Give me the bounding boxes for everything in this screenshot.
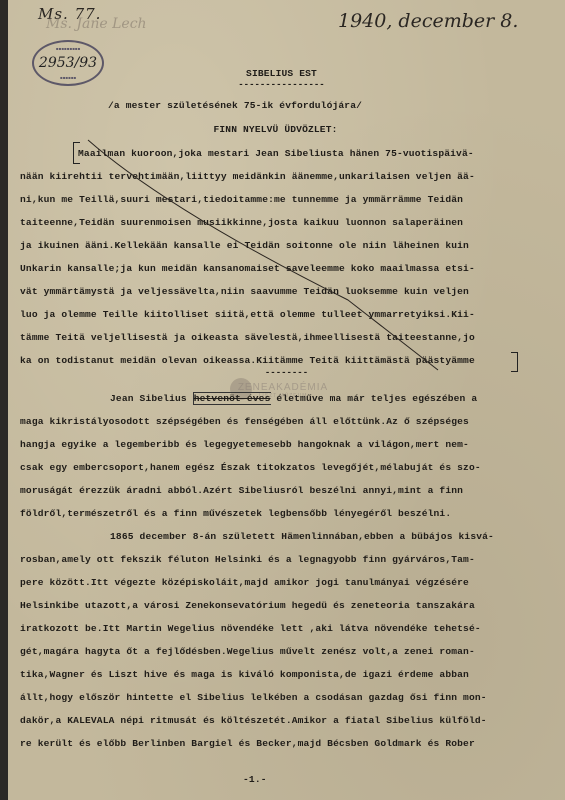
hungarian-line: Helsinkibe utazott,a városi Zenekonsevat… — [20, 600, 475, 611]
hungarian-line: Jean Sibelius hetvenöt éves életműve ma … — [110, 393, 477, 404]
hungarian-line: tika,Wagner és Liszt hive és maga is kiv… — [20, 669, 469, 680]
hungarian-line: földről,természetről és a finn művészete… — [20, 508, 451, 519]
hungarian-line: rosban,amely ott fekszik féluton Helsink… — [20, 554, 475, 565]
document-page: Ms. 77. Ms. Jane Lech 1940, december 8. … — [8, 0, 565, 800]
struck-text: hetvenöt éves — [193, 392, 271, 405]
hungarian-line: pere között.Itt végezte középiskoláit,ma… — [20, 577, 469, 588]
hungarian-line: iratkozott be.Itt Martin Wegelius növend… — [20, 623, 481, 634]
hungarian-line: gét,magára hagyta őt a fejlődésben.Wegel… — [20, 646, 475, 657]
hungarian-line: maga kikristályosodott szépségében és fe… — [20, 416, 469, 427]
section-divider: -------- — [8, 368, 565, 378]
hungarian-line: re került és előbb Berlinben Bargiel és … — [20, 738, 475, 749]
text-segment: Jean Sibelius — [110, 393, 193, 404]
hungarian-line: hangja egyike a legemberibb és legegyete… — [20, 439, 469, 450]
text-segment: életműve ma már teljes egészében a — [276, 393, 477, 404]
hungarian-line: 1865 december 8-án született Hämenlinnáb… — [110, 531, 494, 542]
hungarian-line: állt,hogy először hintette el Sibelius l… — [20, 692, 487, 703]
hungarian-line: dakör,a KALEVALA népi ritmusát és költés… — [20, 715, 487, 726]
hungarian-line: csak egy embercsoport,hanem egész Észak … — [20, 462, 481, 473]
page-number: -1.- — [243, 774, 267, 785]
hungarian-line: moruságát érezzük áradni abból.Azért Sib… — [20, 485, 463, 496]
